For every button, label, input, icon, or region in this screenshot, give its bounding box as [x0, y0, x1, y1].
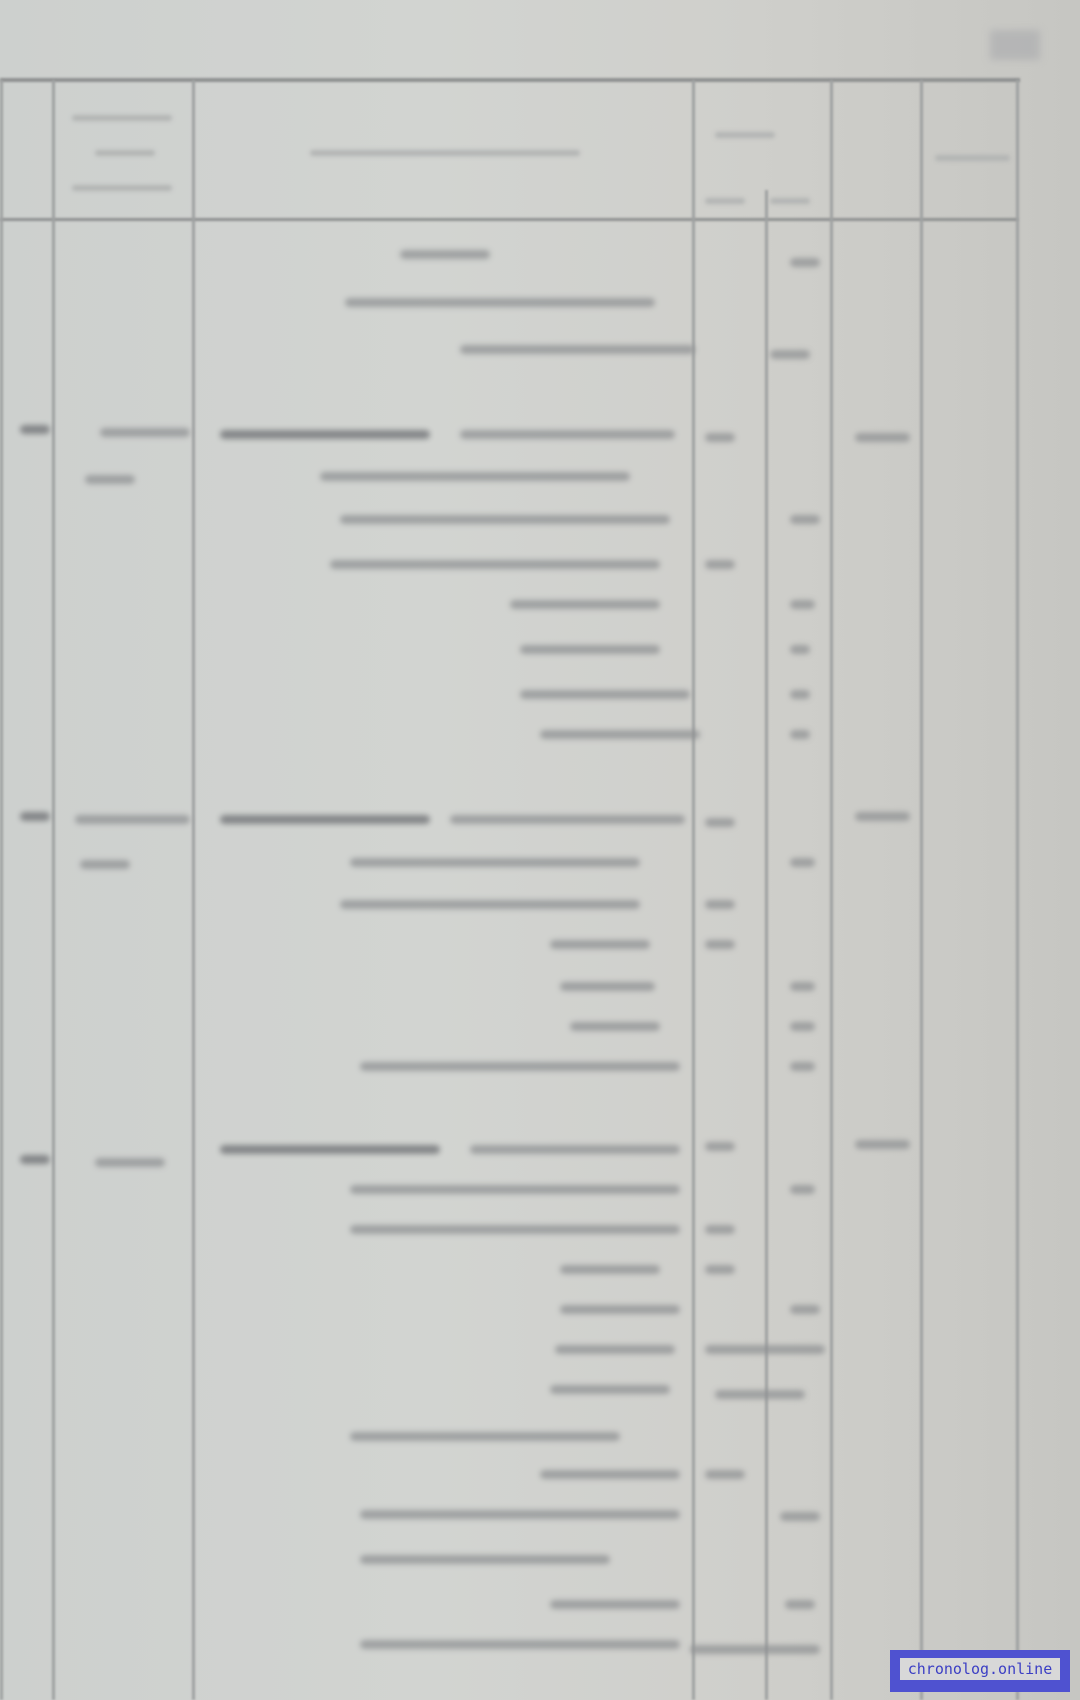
handwritten-line [350, 1225, 680, 1234]
header-label [705, 198, 745, 204]
amount [705, 1470, 745, 1479]
total [855, 1140, 910, 1149]
amount [790, 600, 815, 609]
handwritten-line [350, 1185, 680, 1194]
handwritten-line [360, 1510, 680, 1519]
entry-number [20, 1155, 50, 1164]
column-divider [192, 80, 195, 1700]
entry-date [75, 815, 190, 824]
handwritten-line [550, 1385, 670, 1394]
handwritten-line [570, 1022, 660, 1031]
column-divider [830, 80, 833, 1700]
handwritten-line [510, 600, 660, 609]
handwritten-line [520, 690, 690, 699]
amount [790, 858, 815, 867]
table-right-border [1016, 80, 1019, 1700]
amount [770, 350, 810, 359]
column-divider [765, 190, 768, 1700]
table-top-border [0, 78, 1020, 82]
entry-surname [220, 815, 430, 824]
handwritten-line [360, 1062, 680, 1071]
handwritten-line [350, 1432, 620, 1441]
handwritten-line [400, 250, 490, 259]
entry-date [100, 428, 190, 437]
handwritten-line [560, 1305, 680, 1314]
header-bottom-border [0, 218, 1018, 221]
amount [705, 940, 735, 949]
handwritten-line [560, 982, 655, 991]
handwritten-line [450, 815, 685, 824]
handwritten-line [85, 475, 135, 484]
amount [790, 730, 810, 739]
header-label [72, 115, 172, 121]
column-divider [0, 80, 3, 1700]
amount [790, 515, 820, 524]
amount [705, 560, 735, 569]
handwritten-line [555, 1345, 675, 1354]
header-label [72, 185, 172, 191]
amount [790, 258, 820, 267]
column-divider [52, 80, 55, 1700]
handwritten-line [360, 1640, 680, 1649]
handwritten-line [460, 430, 675, 439]
header-label [770, 198, 810, 204]
amount [705, 1225, 735, 1234]
entry-date [95, 1158, 165, 1167]
handwritten-line [340, 515, 670, 524]
amount [780, 1512, 820, 1521]
handwritten-line [540, 730, 700, 739]
header-label [935, 155, 1010, 161]
column-divider [920, 80, 923, 1700]
handwritten-line [345, 298, 655, 307]
amount [705, 1265, 735, 1274]
page-number-mark [990, 30, 1040, 60]
amount [790, 982, 815, 991]
header-label [715, 132, 775, 138]
watermark-text: chronolog.online [900, 1658, 1060, 1680]
handwritten-line [350, 858, 640, 867]
handwritten-line [520, 645, 660, 654]
amount [705, 433, 735, 442]
amount [790, 1062, 815, 1071]
amount [790, 1185, 815, 1194]
watermark: chronolog.online [890, 1650, 1070, 1692]
handwritten-line [360, 1555, 610, 1564]
handwritten-line [470, 1145, 680, 1154]
amount [790, 1305, 820, 1314]
entry-number [20, 812, 50, 821]
amount [705, 818, 735, 827]
entry-surname [220, 1145, 440, 1154]
column-divider [692, 80, 695, 1700]
amount [790, 645, 810, 654]
handwritten-line [560, 1265, 660, 1274]
handwritten-line [550, 1600, 680, 1609]
header-label [95, 150, 155, 156]
amount [705, 1142, 735, 1151]
amount [790, 690, 810, 699]
handwritten-line [340, 900, 640, 909]
amount [705, 900, 735, 909]
handwritten-line [540, 1470, 680, 1479]
amount [690, 1645, 820, 1654]
total [855, 812, 910, 821]
handwritten-line [460, 345, 695, 354]
handwritten-line [330, 560, 660, 569]
handwritten-line [320, 472, 630, 481]
amount [705, 1345, 825, 1354]
handwritten-line [550, 940, 650, 949]
total [855, 433, 910, 442]
handwritten-line [80, 860, 130, 869]
entry-surname [220, 430, 430, 439]
entry-number [20, 425, 50, 434]
ledger-page [0, 0, 1080, 1700]
amount [790, 1022, 815, 1031]
amount [785, 1600, 815, 1609]
amount [715, 1390, 805, 1399]
header-title [310, 150, 580, 156]
